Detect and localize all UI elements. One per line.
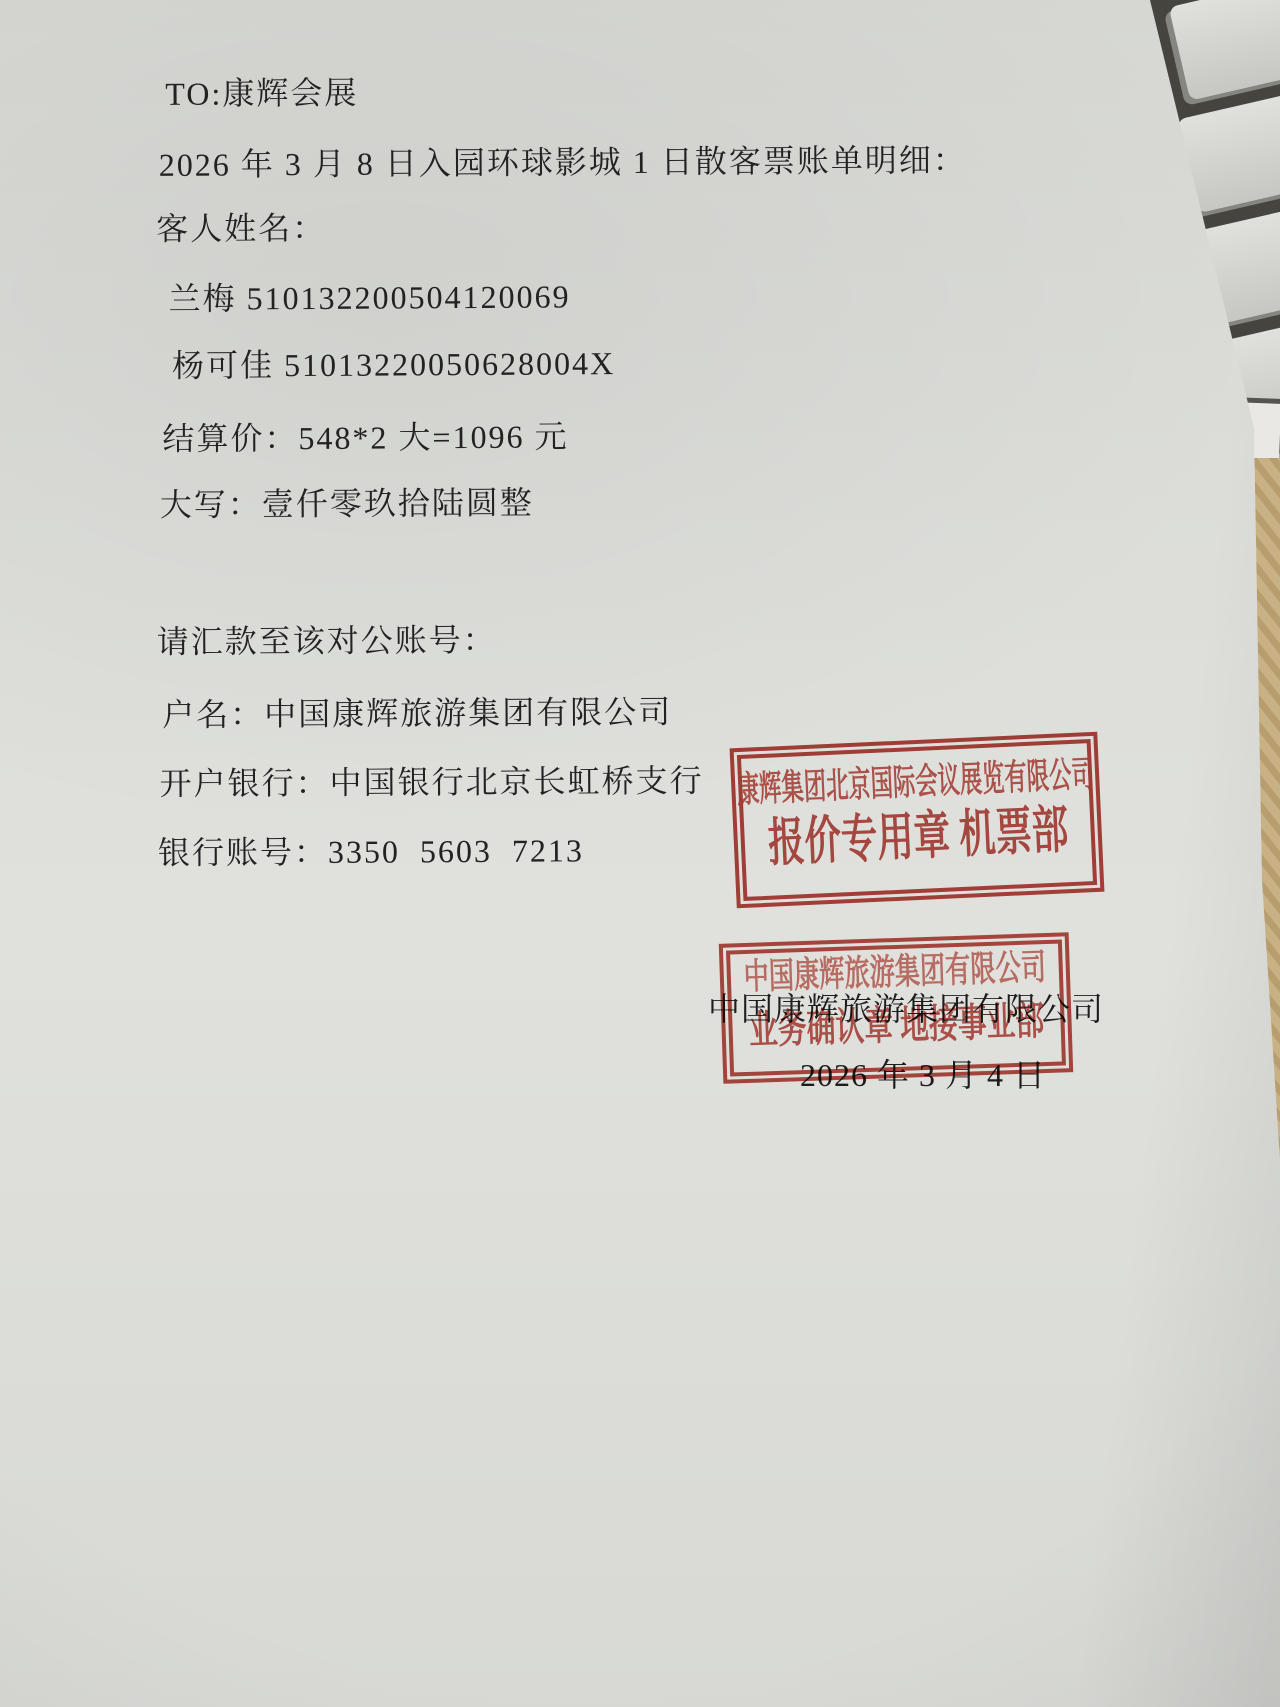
remit-instruction-line: 请汇款至该对公账号： — [157, 621, 497, 661]
recipient-line: TO:康辉会展 — [165, 74, 358, 114]
account-name-line: 户名：中国康辉旅游集团有限公司 — [162, 693, 672, 735]
guest-names-label: 客人姓名： — [156, 209, 326, 248]
photo-of-document: TO:康辉会展 2026 年 3 月 8 日入园环球影城 1 日散客票账单明细：… — [0, 0, 1280, 1707]
settlement-price-line: 结算价：548*2 大=1096 元 — [162, 417, 568, 458]
amount-in-words-line: 大写：壹仟零玖拾陆圆整 — [160, 484, 534, 525]
bank-name-line: 开户银行：中国银行北京长虹桥支行 — [159, 762, 703, 804]
guest-row: 兰梅 510132200504120069 — [168, 277, 570, 318]
subject-line: 2026 年 3 月 8 日入园环球影城 1 日散客票账单明细： — [159, 141, 967, 184]
guest-row: 杨可佳 51013220050628004X — [172, 344, 615, 385]
quote-stamp-title-line: 报价专用章 机票部 — [767, 805, 1069, 871]
bank-account-line: 银行账号：3350 5603 7213 — [158, 831, 584, 872]
confirm-stamp-title-line: 业务确认章 地接事业部 — [748, 1001, 1044, 1051]
confirm-stamp: 中国康辉旅游集团有限公司 业务确认章 地接事业部 — [719, 932, 1073, 1084]
quote-stamp-company-line: 康辉集团北京国际会议展览有限公司 — [736, 756, 1094, 808]
keyboard-key — [1169, 0, 1280, 101]
confirm-stamp-company-line: 中国康辉旅游集团有限公司 — [743, 949, 1046, 995]
quote-stamp: 康辉集团北京国际会议展览有限公司 报价专用章 机票部 — [730, 732, 1105, 909]
document-paper: TO:康辉会展 2026 年 3 月 8 日入园环球影城 1 日散客票账单明细：… — [0, 0, 1280, 1707]
